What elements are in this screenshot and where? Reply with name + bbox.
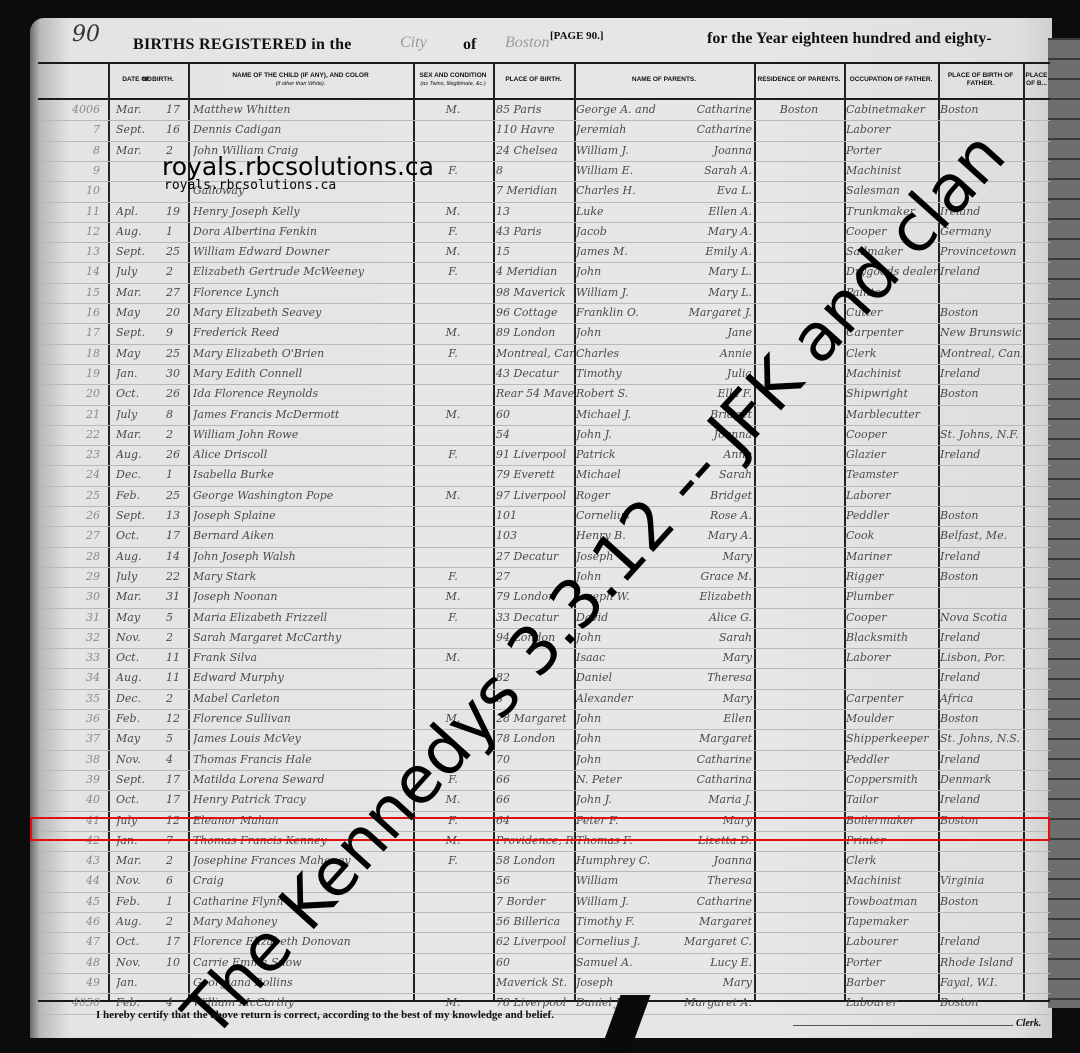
birth-place: Rear 54 Maverick (496, 387, 574, 400)
father-birthplace: New Brunswick (940, 326, 1022, 339)
register-title: BIRTHS REGISTERED in the (133, 36, 352, 54)
father-birthplace: Ireland (940, 935, 1022, 948)
entry-number: 44 (48, 874, 100, 887)
father-birthplace: St. Johns, N.S. (940, 732, 1022, 745)
birth-day: 17 (166, 773, 191, 786)
table-row: 22Mar.2William John Rowe54John J.JoannaC… (38, 425, 1050, 445)
child-name: Frederick Reed (193, 326, 411, 339)
birth-month: Oct. (116, 793, 156, 806)
handwritten-place: Boston (505, 34, 549, 52)
year-title: for the Year eighteen hundred and eighty… (707, 30, 992, 48)
entry-number: 7 (48, 123, 100, 136)
birth-month: Oct. (116, 935, 156, 948)
child-name: Mary Elizabeth O'Brien (193, 347, 411, 360)
birth-place: 96 Cottage (496, 306, 574, 319)
birth-day: 19 (166, 205, 191, 218)
father-occupation: Cook (846, 529, 938, 542)
table-row: 27Oct.17Bernard Aiken103Henry B.Mary A.C… (38, 526, 1050, 546)
entry-number: 34 (48, 671, 100, 684)
mother-name: Mary (666, 692, 752, 705)
birth-day: 17 (166, 793, 191, 806)
birth-day: 30 (166, 367, 191, 380)
sex: F. (413, 448, 493, 461)
child-name: Mary Edith Connell (193, 367, 411, 380)
entry-number: 10 (48, 184, 100, 197)
father-name: Michael J. (576, 408, 666, 421)
birth-place: 24 Chelsea (496, 144, 574, 157)
mother-name: Margaret (666, 732, 752, 745)
father-name: Jeremiah (576, 123, 666, 136)
father-name: Jacob (576, 225, 666, 238)
father-name: Alexander (576, 692, 666, 705)
col-header-occupation: OCCUPATION OF FATHER. (844, 62, 938, 98)
father-name: William (576, 874, 666, 887)
sex: M. (413, 205, 493, 218)
birth-day: 9 (166, 326, 191, 339)
table-row: 17Sept.9Frederick ReedM.89 LondonJohnJan… (38, 323, 1050, 343)
child-name: Bernard Aiken (193, 529, 411, 542)
mother-name: Sarah (666, 631, 752, 644)
birth-month: Apl. (116, 205, 156, 218)
birth-place: 54 (496, 428, 574, 441)
entry-number: 46 (48, 915, 100, 928)
father-birthplace: Ireland (940, 550, 1022, 563)
birth-month: Feb. (116, 712, 156, 725)
father-occupation: Laborer (846, 123, 938, 136)
birth-day: 1 (166, 895, 191, 908)
birth-month: Jan. (116, 367, 156, 380)
entry-number: 28 (48, 550, 100, 563)
father-name: James M. (576, 245, 666, 258)
table-row: 47Oct.17Florence Elizabeth Donovan62 Liv… (38, 932, 1050, 952)
father-occupation: Rigger (846, 570, 938, 583)
father-name: Humphrey C. (576, 854, 666, 867)
birth-place: 58 London (496, 854, 574, 867)
entry-number: 13 (48, 245, 100, 258)
birth-month: Oct. (116, 387, 156, 400)
father-name: Patrick (576, 448, 666, 461)
birth-month: Jan. (116, 976, 156, 989)
birth-month: Oct. (116, 529, 156, 542)
birth-month: Sept. (116, 773, 156, 786)
birth-day: 25 (166, 347, 191, 360)
father-name: William J. (576, 895, 666, 908)
birth-month: July (116, 570, 156, 583)
father-birthplace: Boston (940, 509, 1022, 522)
mother-name: Joanna (666, 854, 752, 867)
birth-place: 13 (496, 205, 574, 218)
birth-month: Mar. (116, 854, 156, 867)
birth-day: 17 (166, 529, 191, 542)
father-birthplace: Ireland (940, 671, 1022, 684)
father-birthplace: St. Johns, N.F. (940, 428, 1022, 441)
sex: M. (413, 103, 493, 116)
child-name: Edward Murphy (193, 671, 411, 684)
birth-month: Sept. (116, 123, 156, 136)
birth-month: Oct. (116, 651, 156, 664)
child-name: James Francis McDermott (193, 408, 411, 421)
sex: F. (413, 611, 493, 624)
father-name: John J. (576, 793, 666, 806)
birth-place: 89 London (496, 326, 574, 339)
birth-month: Mar. (116, 144, 156, 157)
father-occupation: Labourer (846, 996, 938, 1009)
table-row: 18May25Mary Elizabeth O'BrienF.Montreal,… (38, 344, 1050, 364)
father-occupation: Mariner (846, 550, 938, 563)
mother-name: Theresa (666, 671, 752, 684)
entry-number: 27 (48, 529, 100, 542)
father-birthplace: Ireland (940, 448, 1022, 461)
father-name: Charles (576, 347, 666, 360)
father-occupation: Laborer (846, 651, 938, 664)
table-row: 38Nov.4Thomas Francis Hale70JohnCatharin… (38, 750, 1050, 770)
father-occupation: Tailor (846, 793, 938, 806)
father-occupation: Machinist (846, 874, 938, 887)
father-birthplace: Boston (940, 570, 1022, 583)
birth-day: 11 (166, 671, 191, 684)
col-header-parents: NAME OF PARENTS. (574, 62, 754, 98)
mother-name: Ellen A. (666, 205, 752, 218)
father-occupation: Peddler (846, 753, 938, 766)
father-birthplace: Boston (940, 895, 1022, 908)
mother-name: Mary (666, 651, 752, 664)
birth-day: 13 (166, 509, 191, 522)
birth-place: 8 (496, 164, 574, 177)
father-birthplace: Virginia (940, 874, 1022, 887)
mother-name: Catharina (666, 773, 752, 786)
mother-name: Catharine (666, 895, 752, 908)
birth-day: 11 (166, 651, 191, 664)
entry-number: 48 (48, 956, 100, 969)
father-birthplace: Denmark (940, 773, 1022, 786)
table-row: 43Mar.2Josephine Frances MahoneyF.58 Lon… (38, 851, 1050, 871)
father-occupation: Carpenter (846, 692, 938, 705)
entry-number: 11 (48, 205, 100, 218)
father-occupation: Cooper (846, 428, 938, 441)
child-name: Mabel Carleton (193, 692, 411, 705)
birth-place: 56 (496, 874, 574, 887)
sex: M. (413, 996, 493, 1009)
mother-name: Catharine (666, 753, 752, 766)
signature-line (793, 1025, 1013, 1026)
mother-name: Emily A. (666, 245, 752, 258)
birth-day: 5 (166, 732, 191, 745)
sex: M. (413, 408, 493, 421)
sex: F. (413, 265, 493, 278)
birth-day: 5 (166, 611, 191, 624)
birth-day: 2 (166, 631, 191, 644)
child-name: Joseph Splaine (193, 509, 411, 522)
handwritten-page-number: 90 (72, 22, 100, 47)
table-row: 19Jan.30Mary Edith Connell43 DecaturTimo… (38, 364, 1050, 384)
birth-month: Sept. (116, 509, 156, 522)
entry-number: 45 (48, 895, 100, 908)
birth-month: May (116, 611, 156, 624)
father-occupation: Porter (846, 956, 938, 969)
father-occupation: Tapemaker (846, 915, 938, 928)
birth-place: 66 (496, 793, 574, 806)
father-birthplace: Ireland (940, 753, 1022, 766)
father-name: N. Peter (576, 773, 666, 786)
father-name: William E. (576, 164, 666, 177)
birth-day: 2 (166, 265, 191, 278)
table-row: 40Oct.17Henry Patrick TracyM.66John J.Ma… (38, 790, 1050, 810)
father-occupation: Clerk (846, 347, 938, 360)
table-row: 23Aug.26Alice DriscollF.91 LiverpoolPatr… (38, 445, 1050, 465)
father-occupation: Labourer (846, 935, 938, 948)
father-occupation: Peddler (846, 509, 938, 522)
father-birthplace: Rhode Island (940, 956, 1022, 969)
child-name: William John Rowe (193, 428, 411, 441)
birth-month: Feb. (116, 895, 156, 908)
mother-name: Margaret (666, 915, 752, 928)
birth-day: 26 (166, 387, 191, 400)
entry-number: 17 (48, 326, 100, 339)
father-name: John (576, 265, 666, 278)
birth-day: 31 (166, 590, 191, 603)
child-name: George Washington Pope (193, 489, 411, 502)
birth-day: 6 (166, 874, 191, 887)
col-header-sex: SEX AND CONDITION(as Twins, Illegitimate… (413, 62, 493, 98)
birth-day: 25 (166, 489, 191, 502)
father-name: William J. (576, 144, 666, 157)
father-occupation: Laborer (846, 489, 938, 502)
entry-number: 26 (48, 509, 100, 522)
sex: M. (413, 245, 493, 258)
title-of: of (463, 36, 476, 54)
father-birthplace: Montreal, Can. (940, 347, 1022, 360)
birth-month: Sept. (116, 326, 156, 339)
father-name: Luke (576, 205, 666, 218)
father-birthplace: Lisbon, Por. (940, 651, 1022, 664)
birth-place: 4 Meridian (496, 265, 574, 278)
father-name: Samuel A. (576, 956, 666, 969)
entry-number: 36 (48, 712, 100, 725)
birth-month: Aug. (116, 448, 156, 461)
entry-number: 15 (48, 286, 100, 299)
father-name: John (576, 326, 666, 339)
birth-month: July (116, 408, 156, 421)
entry-number: 37 (48, 732, 100, 745)
child-name: Mary Stark (193, 570, 411, 583)
child-name: Florence Sullivan (193, 712, 411, 725)
sex: M. (413, 326, 493, 339)
birth-day: 27 (166, 286, 191, 299)
sex: F. (413, 225, 493, 238)
father-birthplace: Ireland (940, 631, 1022, 644)
birth-month: Feb. (116, 996, 156, 1009)
mother-name: Catharine (666, 123, 752, 136)
father-name: George A. and (576, 103, 666, 116)
father-name: Cornelius J. (576, 935, 666, 948)
entry-number: 19 (48, 367, 100, 380)
mother-name: Margaret J. (666, 306, 752, 319)
father-birthplace: Nova Scotia (940, 611, 1022, 624)
sex: M. (413, 489, 493, 502)
father-occupation: Shipperkeeper (846, 732, 938, 745)
child-name: Frank Silva (193, 651, 411, 664)
child-name: Henry Joseph Kelly (193, 205, 411, 218)
birth-month: May (116, 306, 156, 319)
birth-place: 60 (496, 956, 574, 969)
birth-day: 1 (166, 468, 191, 481)
father-birthplace: Boston (940, 103, 1022, 116)
table-row: 25Feb.25George Washington PopeM.97 Liver… (38, 486, 1050, 506)
mother-name: Lucy E. (666, 956, 752, 969)
father-occupation: Porter (846, 144, 938, 157)
father-birthplace: Ireland (940, 793, 1022, 806)
birth-day: 12 (166, 712, 191, 725)
child-name: Sarah Margaret McCarthy (193, 631, 411, 644)
birth-place: Maverick St. (496, 976, 574, 989)
col-header-child: NAME OF THE CHILD (if any), and COLOR(if… (188, 62, 413, 98)
col-header-father-pob: PLACE OF BIRTH OF FATHER. (938, 62, 1023, 98)
table-row: 26Sept.13Joseph Splaine101CorneliusRose … (38, 506, 1050, 526)
col-header-date: DATE OF BIRTH. (108, 62, 188, 98)
entry-number: 23 (48, 448, 100, 461)
entry-number: 33 (48, 651, 100, 664)
father-birthplace: Boston (940, 996, 1022, 1009)
child-name: Alice Driscoll (193, 448, 411, 461)
child-name: William Edward Downer (193, 245, 411, 258)
birth-day: 1 (166, 225, 191, 238)
table-row: 39Sept.17Matilda Lorena SewardF.66N. Pet… (38, 770, 1050, 790)
table-row: 28Aug.14John Joseph Walsh27 DecaturJosep… (38, 547, 1050, 567)
birth-month: Nov. (116, 956, 156, 969)
mother-name: Sarah A. (666, 164, 752, 177)
entry-number: 47 (48, 935, 100, 948)
entry-number: 21 (48, 408, 100, 421)
birth-month: Aug. (116, 915, 156, 928)
father-occupation: Coppersmith (846, 773, 938, 786)
father-occupation: Teamster (846, 468, 938, 481)
entry-number: 4050 (48, 996, 100, 1009)
birth-month: Aug. (116, 550, 156, 563)
mother-name: Eva L. (666, 184, 752, 197)
entry-number: 22 (48, 428, 100, 441)
table-row: 4006Mar.17Matthew WhittenM.85 ParisGeorg… (38, 100, 1050, 120)
birth-month: May (116, 347, 156, 360)
entry-number: 38 (48, 753, 100, 766)
father-birthplace: Africa (940, 692, 1022, 705)
birth-day: 16 (166, 123, 191, 136)
birth-day: 4 (166, 753, 191, 766)
entry-number: 12 (48, 225, 100, 238)
entry-number: 35 (48, 692, 100, 705)
entry-number: 18 (48, 347, 100, 360)
birth-place: 43 Paris (496, 225, 574, 238)
father-name: John (576, 732, 666, 745)
birth-place: 101 (496, 509, 574, 522)
birth-day: 26 (166, 448, 191, 461)
father-name: Timothy F. (576, 915, 666, 928)
entry-number: 25 (48, 489, 100, 502)
table-row: 45Feb.1Catharine Flynn7 BorderWilliam J.… (38, 892, 1050, 912)
father-name: John (576, 712, 666, 725)
birth-day: 2 (166, 854, 191, 867)
sex: F. (413, 347, 493, 360)
child-name: Dora Albertina Fenkin (193, 225, 411, 238)
birth-place: 70 (496, 753, 574, 766)
watermark-site-small: royals.rbcsolutions.ca (164, 178, 336, 193)
entry-number: 29 (48, 570, 100, 583)
birth-month: Dec. (116, 692, 156, 705)
mother-name: Jane (666, 326, 752, 339)
watermark-site-large: royals.rbcsolutions.ca (162, 152, 434, 181)
sex: F. (413, 854, 493, 867)
birth-day: 8 (166, 408, 191, 421)
table-row: 48Nov.10Carrie Emma Snow60Samuel A.Lucy … (38, 953, 1050, 973)
father-name: Daniel (576, 671, 666, 684)
birth-place: 85 Paris (496, 103, 574, 116)
birth-day: 14 (166, 550, 191, 563)
page-edge-stack (1048, 38, 1080, 1008)
father-name: Isaac (576, 651, 666, 664)
entry-number: 49 (48, 976, 100, 989)
table-row: 20Oct.26Ida Florence ReynoldsRear 54 Mav… (38, 384, 1050, 404)
father-occupation: Shipwright (846, 387, 938, 400)
mother-name: Mary A. (666, 225, 752, 238)
table-row: 7Sept.16Dennis Cadigan110 HavreJeremiahC… (38, 120, 1050, 140)
birth-place: 60 (496, 408, 574, 421)
child-name: Joseph Noonan (193, 590, 411, 603)
father-occupation: Cooper (846, 611, 938, 624)
birth-place: 66 (496, 773, 574, 786)
father-name: Timothy (576, 367, 666, 380)
father-occupation: Machinist (846, 367, 938, 380)
table-row: 16May20Mary Elizabeth Seavey96 CottageFr… (38, 303, 1050, 323)
entry-number: 30 (48, 590, 100, 603)
entry-number: 40 (48, 793, 100, 806)
table-row: 37May5James Louis McVey78 LondonJohnMarg… (38, 729, 1050, 749)
child-name: Matthew Whitten (193, 103, 411, 116)
birth-place: 110 Havre (496, 123, 574, 136)
birth-day: 2 (166, 428, 191, 441)
birth-day: 22 (166, 570, 191, 583)
birth-place: 98 Maverick (496, 286, 574, 299)
birth-month: Nov. (116, 753, 156, 766)
mother-name: Mary (666, 550, 752, 563)
birth-day: 2 (166, 692, 191, 705)
father-birthplace: Boston (940, 712, 1022, 725)
child-name: Elizabeth Gertrude McWeeney (193, 265, 411, 278)
father-birthplace: Ireland (940, 367, 1022, 380)
child-name: Mary Elizabeth Seavey (193, 306, 411, 319)
sex: M. (413, 590, 493, 603)
father-birthplace: Boston (940, 387, 1022, 400)
father-name: Franklin O. (576, 306, 666, 319)
birth-month: Dec. (116, 468, 156, 481)
father-occupation: Towboatman (846, 895, 938, 908)
col-header-residence: RESIDENCE OF PARENTS. (754, 62, 844, 98)
birth-place: 78 Liverpool (496, 996, 574, 1009)
mother-name: Margaret A. (666, 996, 752, 1009)
father-name: Joseph (576, 976, 666, 989)
entry-number: 39 (48, 773, 100, 786)
birth-place: 79 Everett (496, 468, 574, 481)
child-name: Isabella Burke (193, 468, 411, 481)
entry-number: 24 (48, 468, 100, 481)
father-occupation: Clerk (846, 854, 938, 867)
birth-month: May (116, 732, 156, 745)
table-row: 21July8James Francis McDermottM.60Michae… (38, 405, 1050, 425)
father-name: John (576, 753, 666, 766)
birth-month: July (116, 265, 156, 278)
mother-name: Joanna (666, 144, 752, 157)
birth-month: Aug. (116, 225, 156, 238)
father-occupation: Blacksmith (846, 631, 938, 644)
birth-month: Nov. (116, 874, 156, 887)
